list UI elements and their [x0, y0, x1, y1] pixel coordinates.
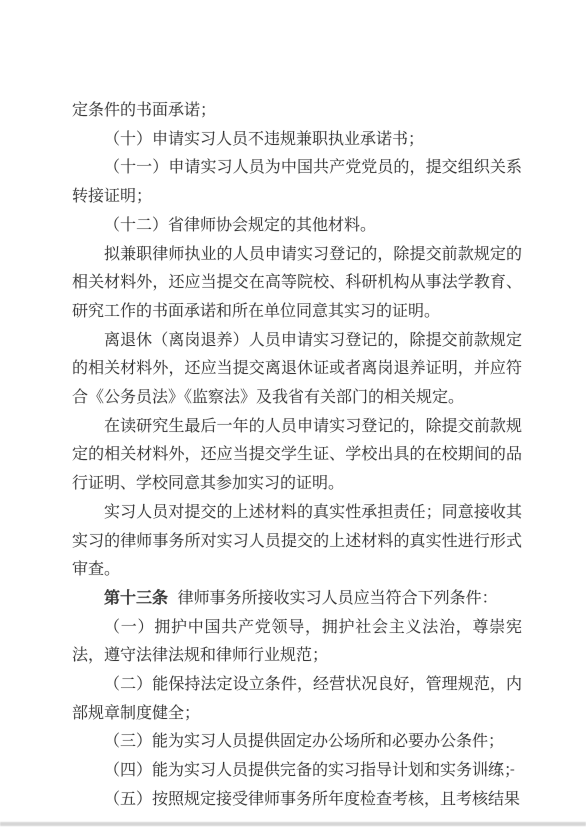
- condition-3: （三）能为实习人员提供固定办公场所和必要办公条件；: [72, 728, 522, 757]
- scan-bottom-edge: [0, 822, 586, 826]
- condition-4: （四）能为实习人员提供完备的实习指导计划和实务训练；: [72, 757, 522, 786]
- condition-2: （二）能保持法定设立条件，经营状况良好，管理规范，内部规章制度健全；: [72, 671, 522, 728]
- article-13-text: 律师事务所接收实习人员应当符合下列条件：: [178, 590, 498, 607]
- para-graduate-students: 在读研究生最后一年的人员申请实习登记的，除提交前款规定的相关材料外，还应当提交学…: [72, 413, 522, 499]
- item-10: （十）申请实习人员不违规兼职执业承诺书；: [72, 126, 522, 155]
- condition-5: （五）按照规定接受律师事务所年度检查考核，且考核结果: [72, 786, 522, 815]
- text-block: 定条件的书面承诺； （十）申请实习人员不违规兼职执业承诺书； （十一）申请实习人…: [72, 97, 522, 815]
- continuation-line: 定条件的书面承诺；: [72, 97, 522, 126]
- para-retired-personnel: 离退休（离岗退养）人员申请实习登记的，除提交前款规定的相关材料外，还应当提交离退…: [72, 327, 522, 413]
- item-12: （十二）省律师协会规定的其他材料。: [72, 212, 522, 241]
- article-13-number: 第十三条: [104, 590, 168, 607]
- page-number: - 7 -: [472, 762, 528, 778]
- condition-1: （一）拥护中国共产党领导，拥护社会主义法治，尊崇宪法，遵守法律法规和律师行业规范…: [72, 614, 522, 671]
- document-page: 定条件的书面承诺； （十）申请实习人员不违规兼职执业承诺书； （十一）申请实习人…: [0, 0, 586, 828]
- para-authenticity: 实习人员对提交的上述材料的真实性承担责任；同意接收其实习的律师事务所对实习人员提…: [72, 499, 522, 585]
- item-11: （十一）申请实习人员为中国共产党党员的，提交组织关系转接证明；: [72, 154, 522, 211]
- article-13: 第十三条律师事务所接收实习人员应当符合下列条件：: [72, 585, 522, 614]
- para-concurrent-practice: 拟兼职律师执业的人员申请实习登记的，除提交前款规定的相关材料外，还应当提交在高等…: [72, 241, 522, 327]
